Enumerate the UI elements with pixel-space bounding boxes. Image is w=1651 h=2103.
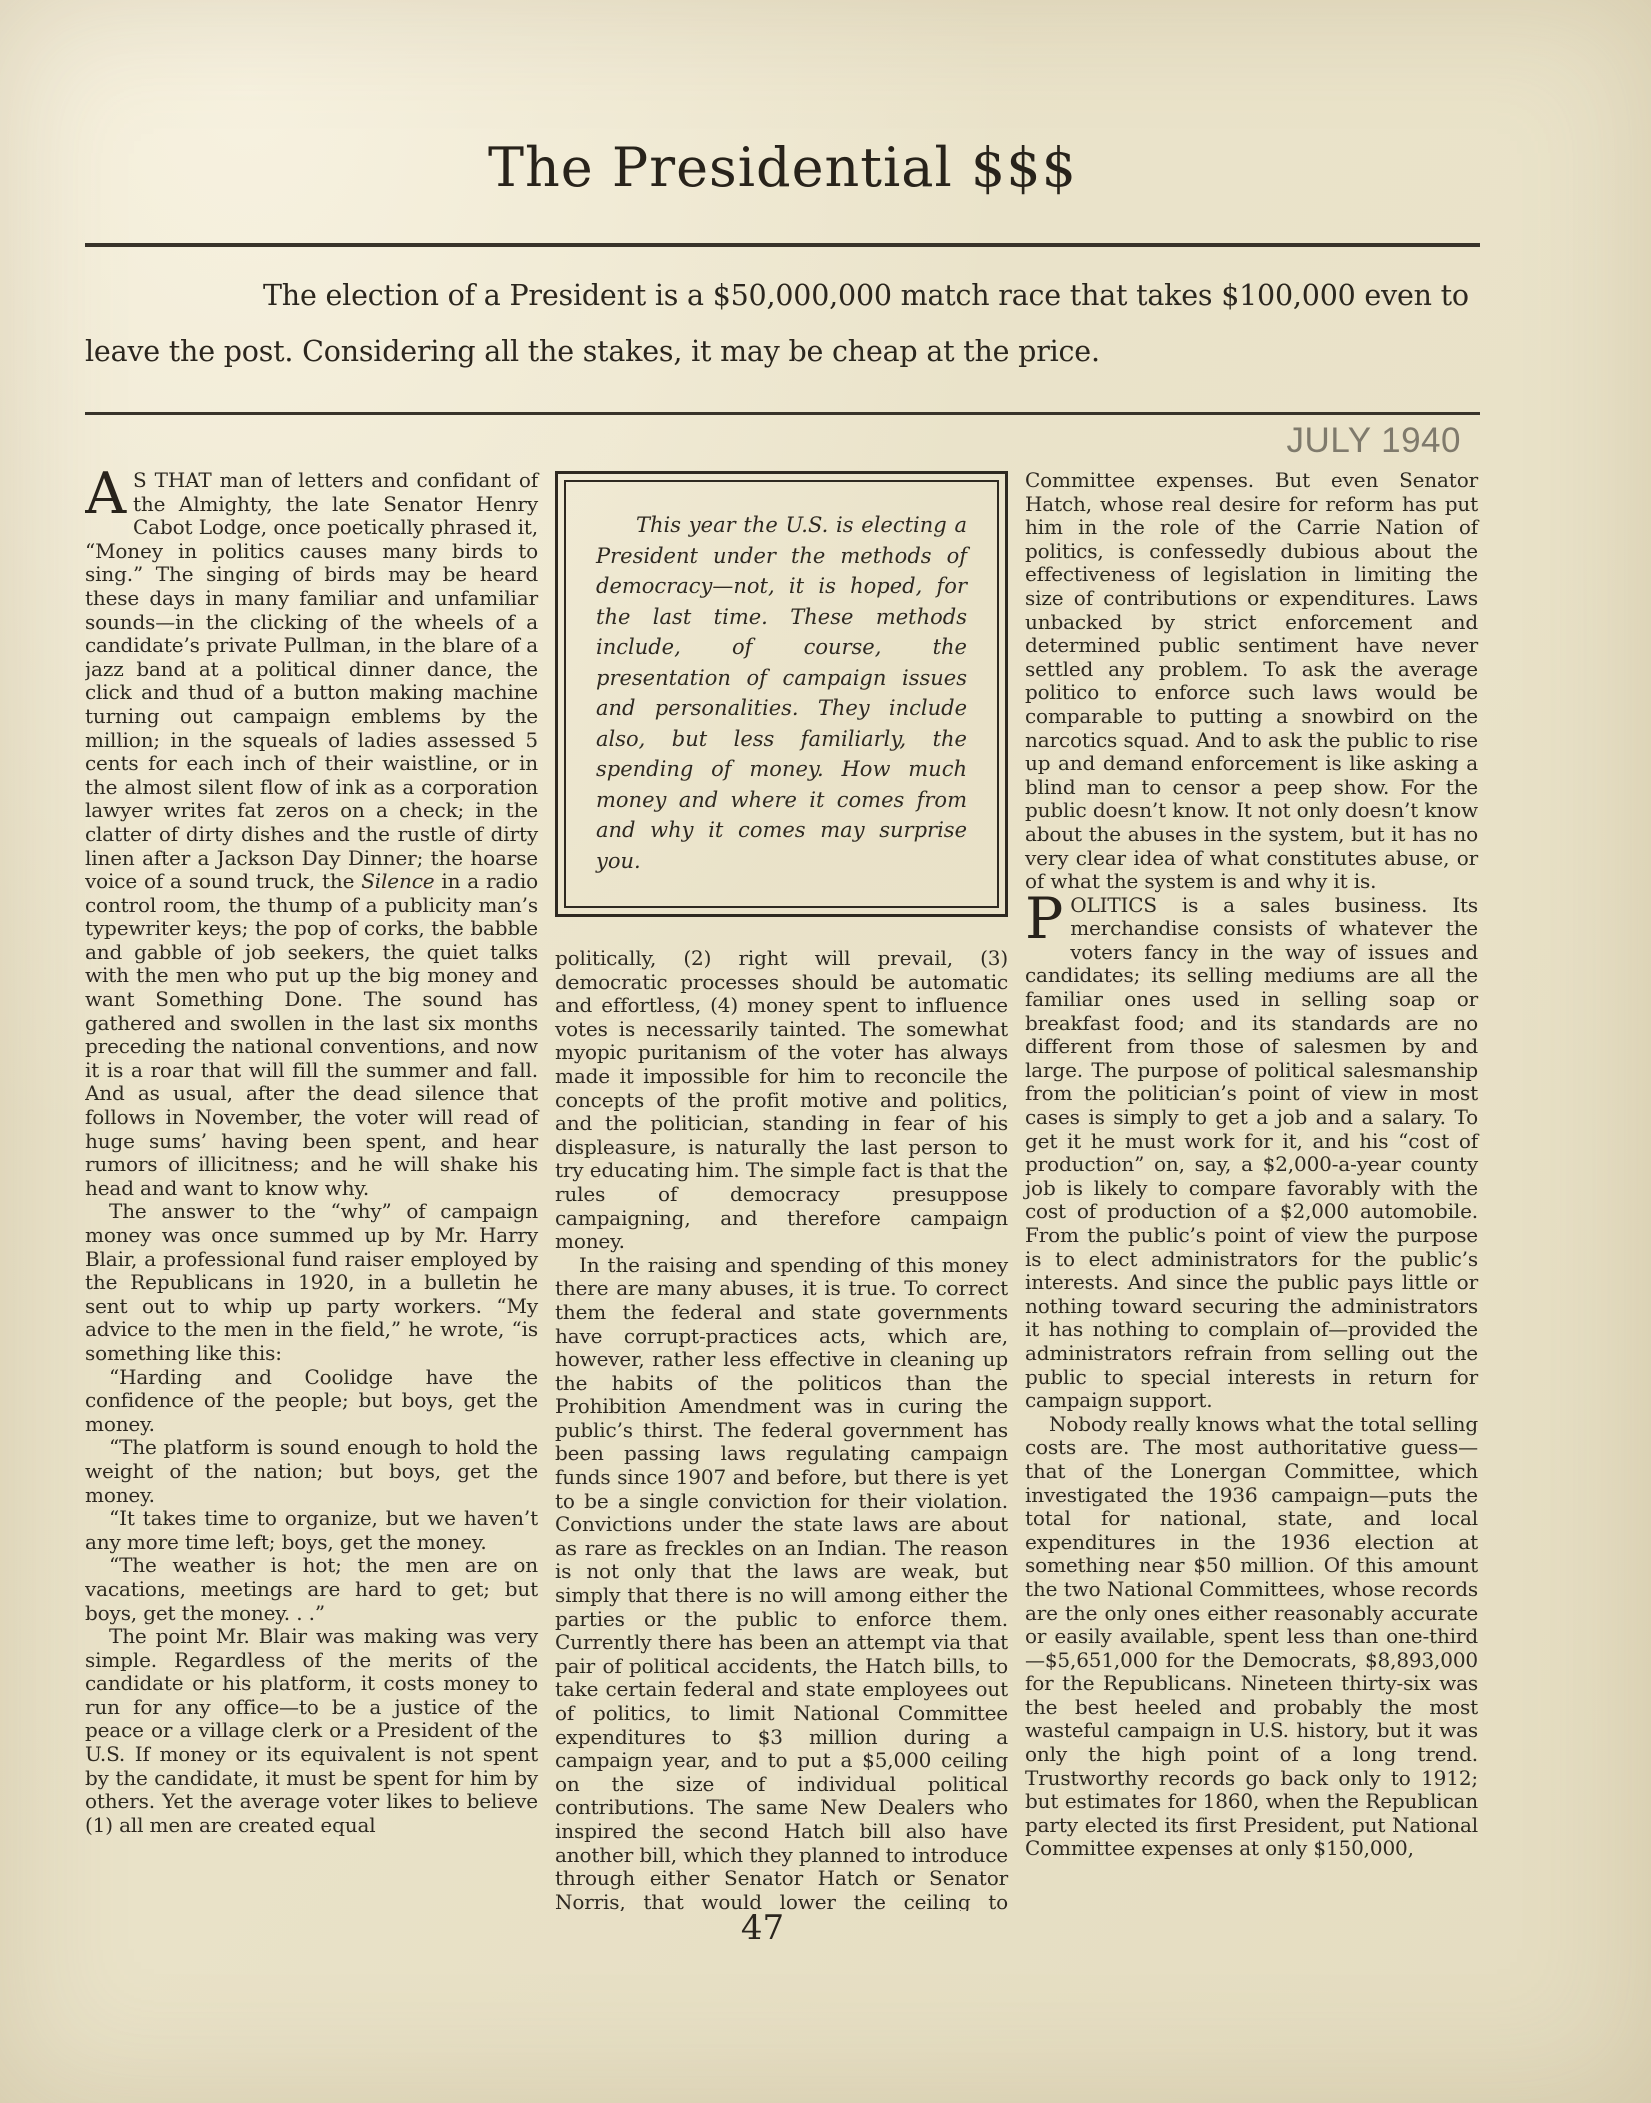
paragraph-quote-line: “The weather is hot; the men are on vaca… xyxy=(85,1554,538,1625)
issue-date-label: JULY 1940 xyxy=(1287,421,1461,461)
pull-quote-box: This year the U.S. is electing a Preside… xyxy=(555,471,1008,917)
divider-rule-top xyxy=(85,243,1480,247)
pull-quote-text: This year the U.S. is electing a Preside… xyxy=(596,510,967,876)
leadin-caps: S THAT xyxy=(133,469,212,492)
dropcap-letter-p: P xyxy=(1025,894,1070,942)
leadin-caps: OLITICS xyxy=(1070,893,1157,917)
paragraph-quote-line: “It takes time to organize, but we haven… xyxy=(85,1507,538,1554)
italic-word-silence: Silence xyxy=(361,869,434,893)
dropcap-letter-a: A xyxy=(85,469,133,517)
paragraph-text: man of letters and confidant of the Almi… xyxy=(85,469,538,893)
divider-rule-bottom xyxy=(85,412,1480,415)
paragraph: Nobody really knows what the total selli… xyxy=(1025,1413,1478,1861)
paragraph: The answer to the “why” of campaign mone… xyxy=(85,1200,538,1365)
paragraph: The point Mr. Blair was making was very … xyxy=(85,1625,538,1837)
pull-quote-inner-frame: This year the U.S. is electing a Preside… xyxy=(564,480,999,908)
article-title: The Presidential $$$ xyxy=(85,136,1480,199)
paragraph-text: in a radio control room, the thump of a … xyxy=(85,869,538,1200)
paragraph: In the raising and spending of this mone… xyxy=(555,1254,1008,1911)
paragraph-text: is a sales business. Its merchandise con… xyxy=(1025,893,1478,1412)
paragraph-continuation: politically, (2) right will prevail, (3)… xyxy=(555,947,1008,1254)
column-3: Committee expenses. But even Senator Hat… xyxy=(1025,469,1478,1911)
paragraph-quote-line: “Harding and Coolidge have the confidenc… xyxy=(85,1366,538,1437)
column-2: This year the U.S. is electing a Preside… xyxy=(555,469,1008,1911)
paragraph-politics: POLITICS is a sales business. Its mercha… xyxy=(1025,894,1478,1413)
page-number: 47 xyxy=(85,1908,1440,1948)
magazine-page: The Presidential $$$ The election of a P… xyxy=(0,0,1651,2103)
article-deck: The election of a President is a $50,000… xyxy=(85,268,1480,380)
column-1: AS THAT man of letters and confidant of … xyxy=(85,469,538,1911)
paragraph-continuation: Committee expenses. But even Senator Hat… xyxy=(1025,469,1478,894)
paragraph-quote-line: “The platform is sound enough to hold th… xyxy=(85,1436,538,1507)
paragraph-opening: AS THAT man of letters and confidant of … xyxy=(85,469,538,1200)
article-body: AS THAT man of letters and confidant of … xyxy=(85,469,1480,1911)
